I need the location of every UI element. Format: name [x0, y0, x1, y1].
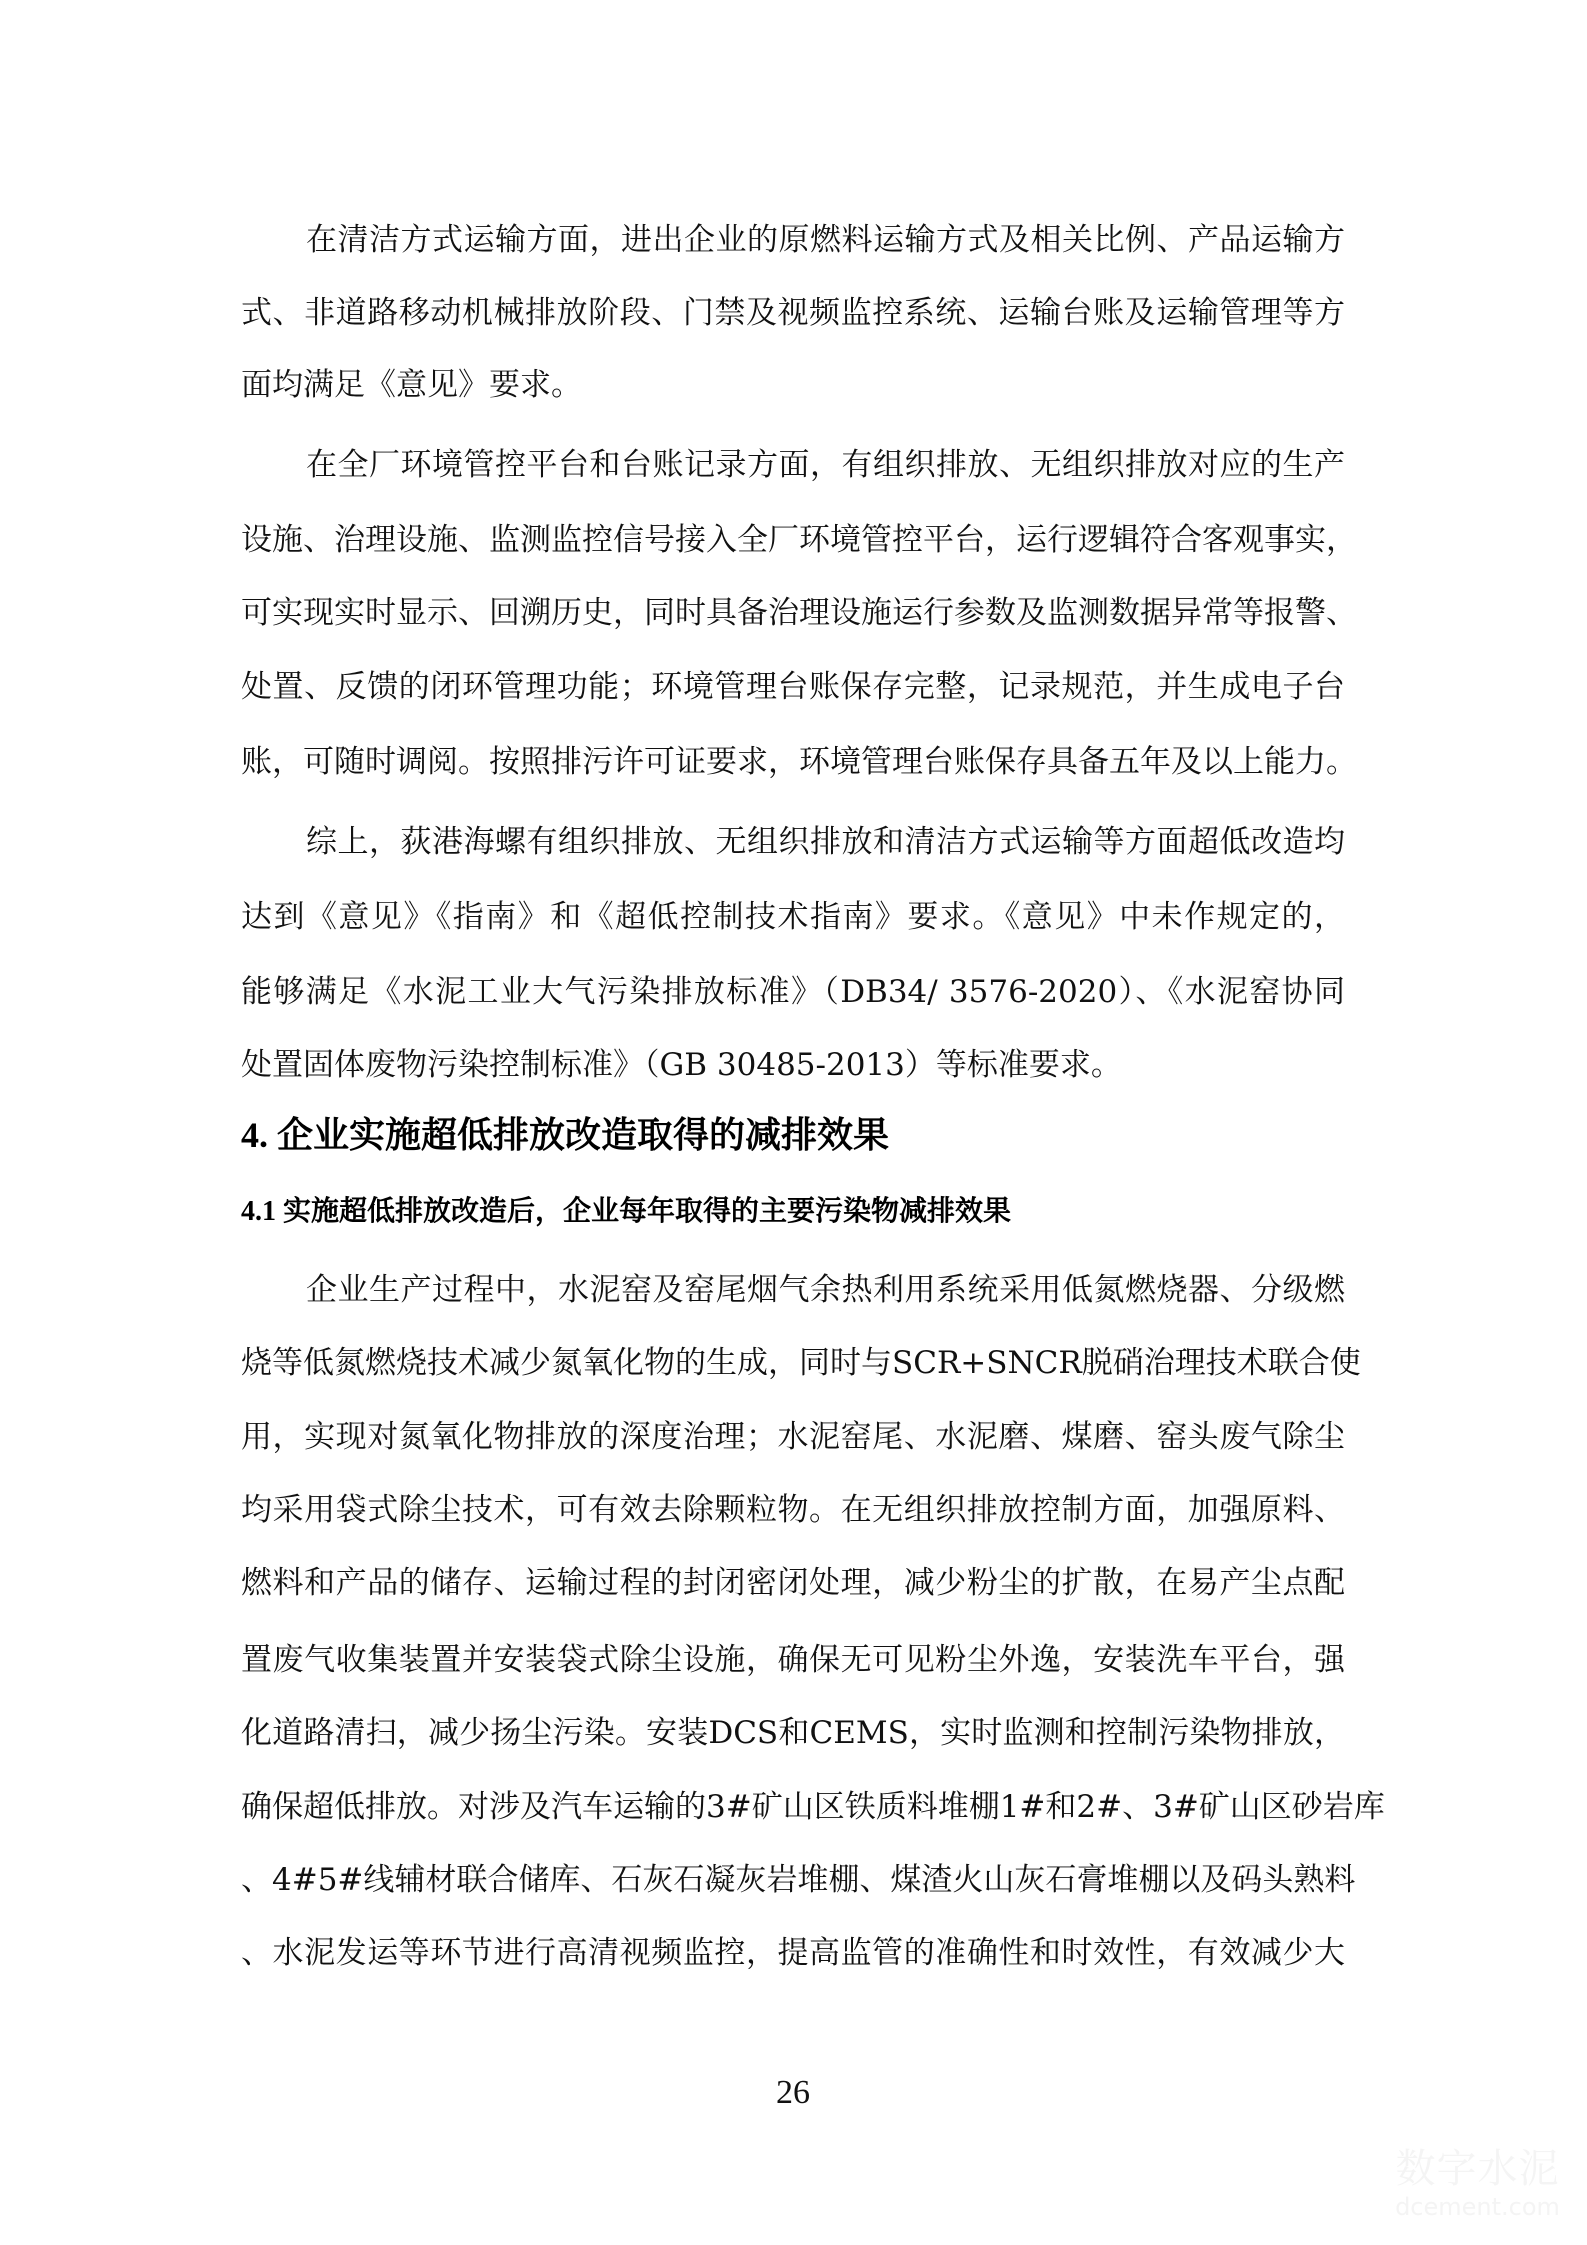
- paragraph-emission-reduction-line-2: 烧等低氮燃烧技术减少氮氧化物的生成，同时与SCR+SNCR脱硝治理技术联合使: [241, 1326, 1345, 1400]
- watermark: 数字水泥 dcement.com: [1390, 2145, 1565, 2221]
- watermark-text-en: dcement.com: [1390, 2193, 1565, 2221]
- paragraph-emission-reduction-line-10: 、水泥发运等环节进行高清视频监控，提高监管的准确性和时效性，有效减少大: [241, 1916, 1345, 1990]
- paragraph-management-platform-line-4: 处置、反馈的闭环管理功能；环境管理台账保存完整，记录规范，并生成电子台: [241, 650, 1345, 724]
- paragraph-clean-transport-line-1: 在清洁方式运输方面，进出企业的原燃料运输方式及相关比例、产品运输方: [306, 203, 1345, 277]
- subsection-heading: 4.1 实施超低排放改造后，企业每年取得的主要污染物减排效果: [241, 1187, 1011, 1237]
- paragraph-emission-reduction-line-1: 企业生产过程中，水泥窑及窑尾烟气余热利用系统采用低氮燃烧器、分级燃: [306, 1253, 1345, 1327]
- document-page: 在清洁方式运输方面，进出企业的原燃料运输方式及相关比例、产品运输方 式、非道路移…: [0, 0, 1587, 2245]
- paragraph-emission-reduction-line-5: 燃料和产品的储存、运输过程的封闭密闭处理，减少粉尘的扩散，在易产尘点配: [241, 1546, 1345, 1620]
- paragraph-management-platform-line-2: 设施、治理设施、监测监控信号接入全厂环境管控平台，运行逻辑符合客观事实，: [241, 503, 1345, 577]
- paragraph-clean-transport-line-2: 式、非道路移动机械排放阶段、门禁及视频监控系统、运输台账及运输管理等方: [241, 276, 1345, 350]
- paragraph-emission-reduction-line-7: 化道路清扫，减少扬尘污染。安装DCS和CEMS，实时监测和控制污染物排放，: [241, 1696, 1345, 1770]
- paragraph-summary-line-3: 能够满足《水泥工业大气污染排放标准》（DB34/ 3576-2020）、《水泥窑…: [241, 955, 1345, 1029]
- paragraph-management-platform-line-5: 账，可随时调阅。按照排污许可证要求，环境管理台账保存具备五年及以上能力。: [241, 725, 1345, 799]
- section-heading: 4. 企业实施超低排放改造取得的减排效果: [241, 1105, 889, 1165]
- watermark-text-cn: 数字水泥: [1390, 2145, 1565, 2193]
- paragraph-emission-reduction-line-4: 均采用袋式除尘技术，可有效去除颗粒物。在无组织排放控制方面，加强原料、: [241, 1473, 1345, 1547]
- paragraph-summary-line-1: 综上，荻港海螺有组织排放、无组织排放和清洁方式运输等方面超低改造均: [306, 805, 1345, 879]
- paragraph-summary-line-2: 达到《意见》《指南》和《超低控制技术指南》要求。《意见》中未作规定的，: [241, 880, 1345, 954]
- paragraph-clean-transport-line-3: 面均满足《意见》要求。: [241, 348, 1345, 422]
- paragraph-management-platform-line-1: 在全厂环境管控平台和台账记录方面，有组织排放、无组织排放对应的生产: [306, 428, 1345, 502]
- page-number: 26: [743, 2068, 843, 2118]
- paragraph-emission-reduction-line-8: 确保超低排放。对涉及汽车运输的3#矿山区铁质料堆棚1#和2#、3#矿山区砂岩库: [241, 1770, 1345, 1844]
- paragraph-emission-reduction-line-3: 用，实现对氮氧化物排放的深度治理；水泥窑尾、水泥磨、煤磨、窑头废气除尘: [241, 1400, 1345, 1474]
- paragraph-emission-reduction-line-9: 、4#5#线辅材联合储库、石灰石凝灰岩堆棚、煤渣火山灰石膏堆棚以及码头熟料: [241, 1843, 1345, 1917]
- paragraph-management-platform-line-3: 可实现实时显示、回溯历史，同时具备治理设施运行参数及监测数据异常等报警、: [241, 576, 1345, 650]
- paragraph-summary-line-4: 处置固体废物污染控制标准》（GB 30485-2013）等标准要求。: [241, 1028, 1345, 1102]
- paragraph-emission-reduction-line-6: 置废气收集装置并安装袋式除尘设施，确保无可见粉尘外逸，安装洗车平台，强: [241, 1623, 1345, 1697]
